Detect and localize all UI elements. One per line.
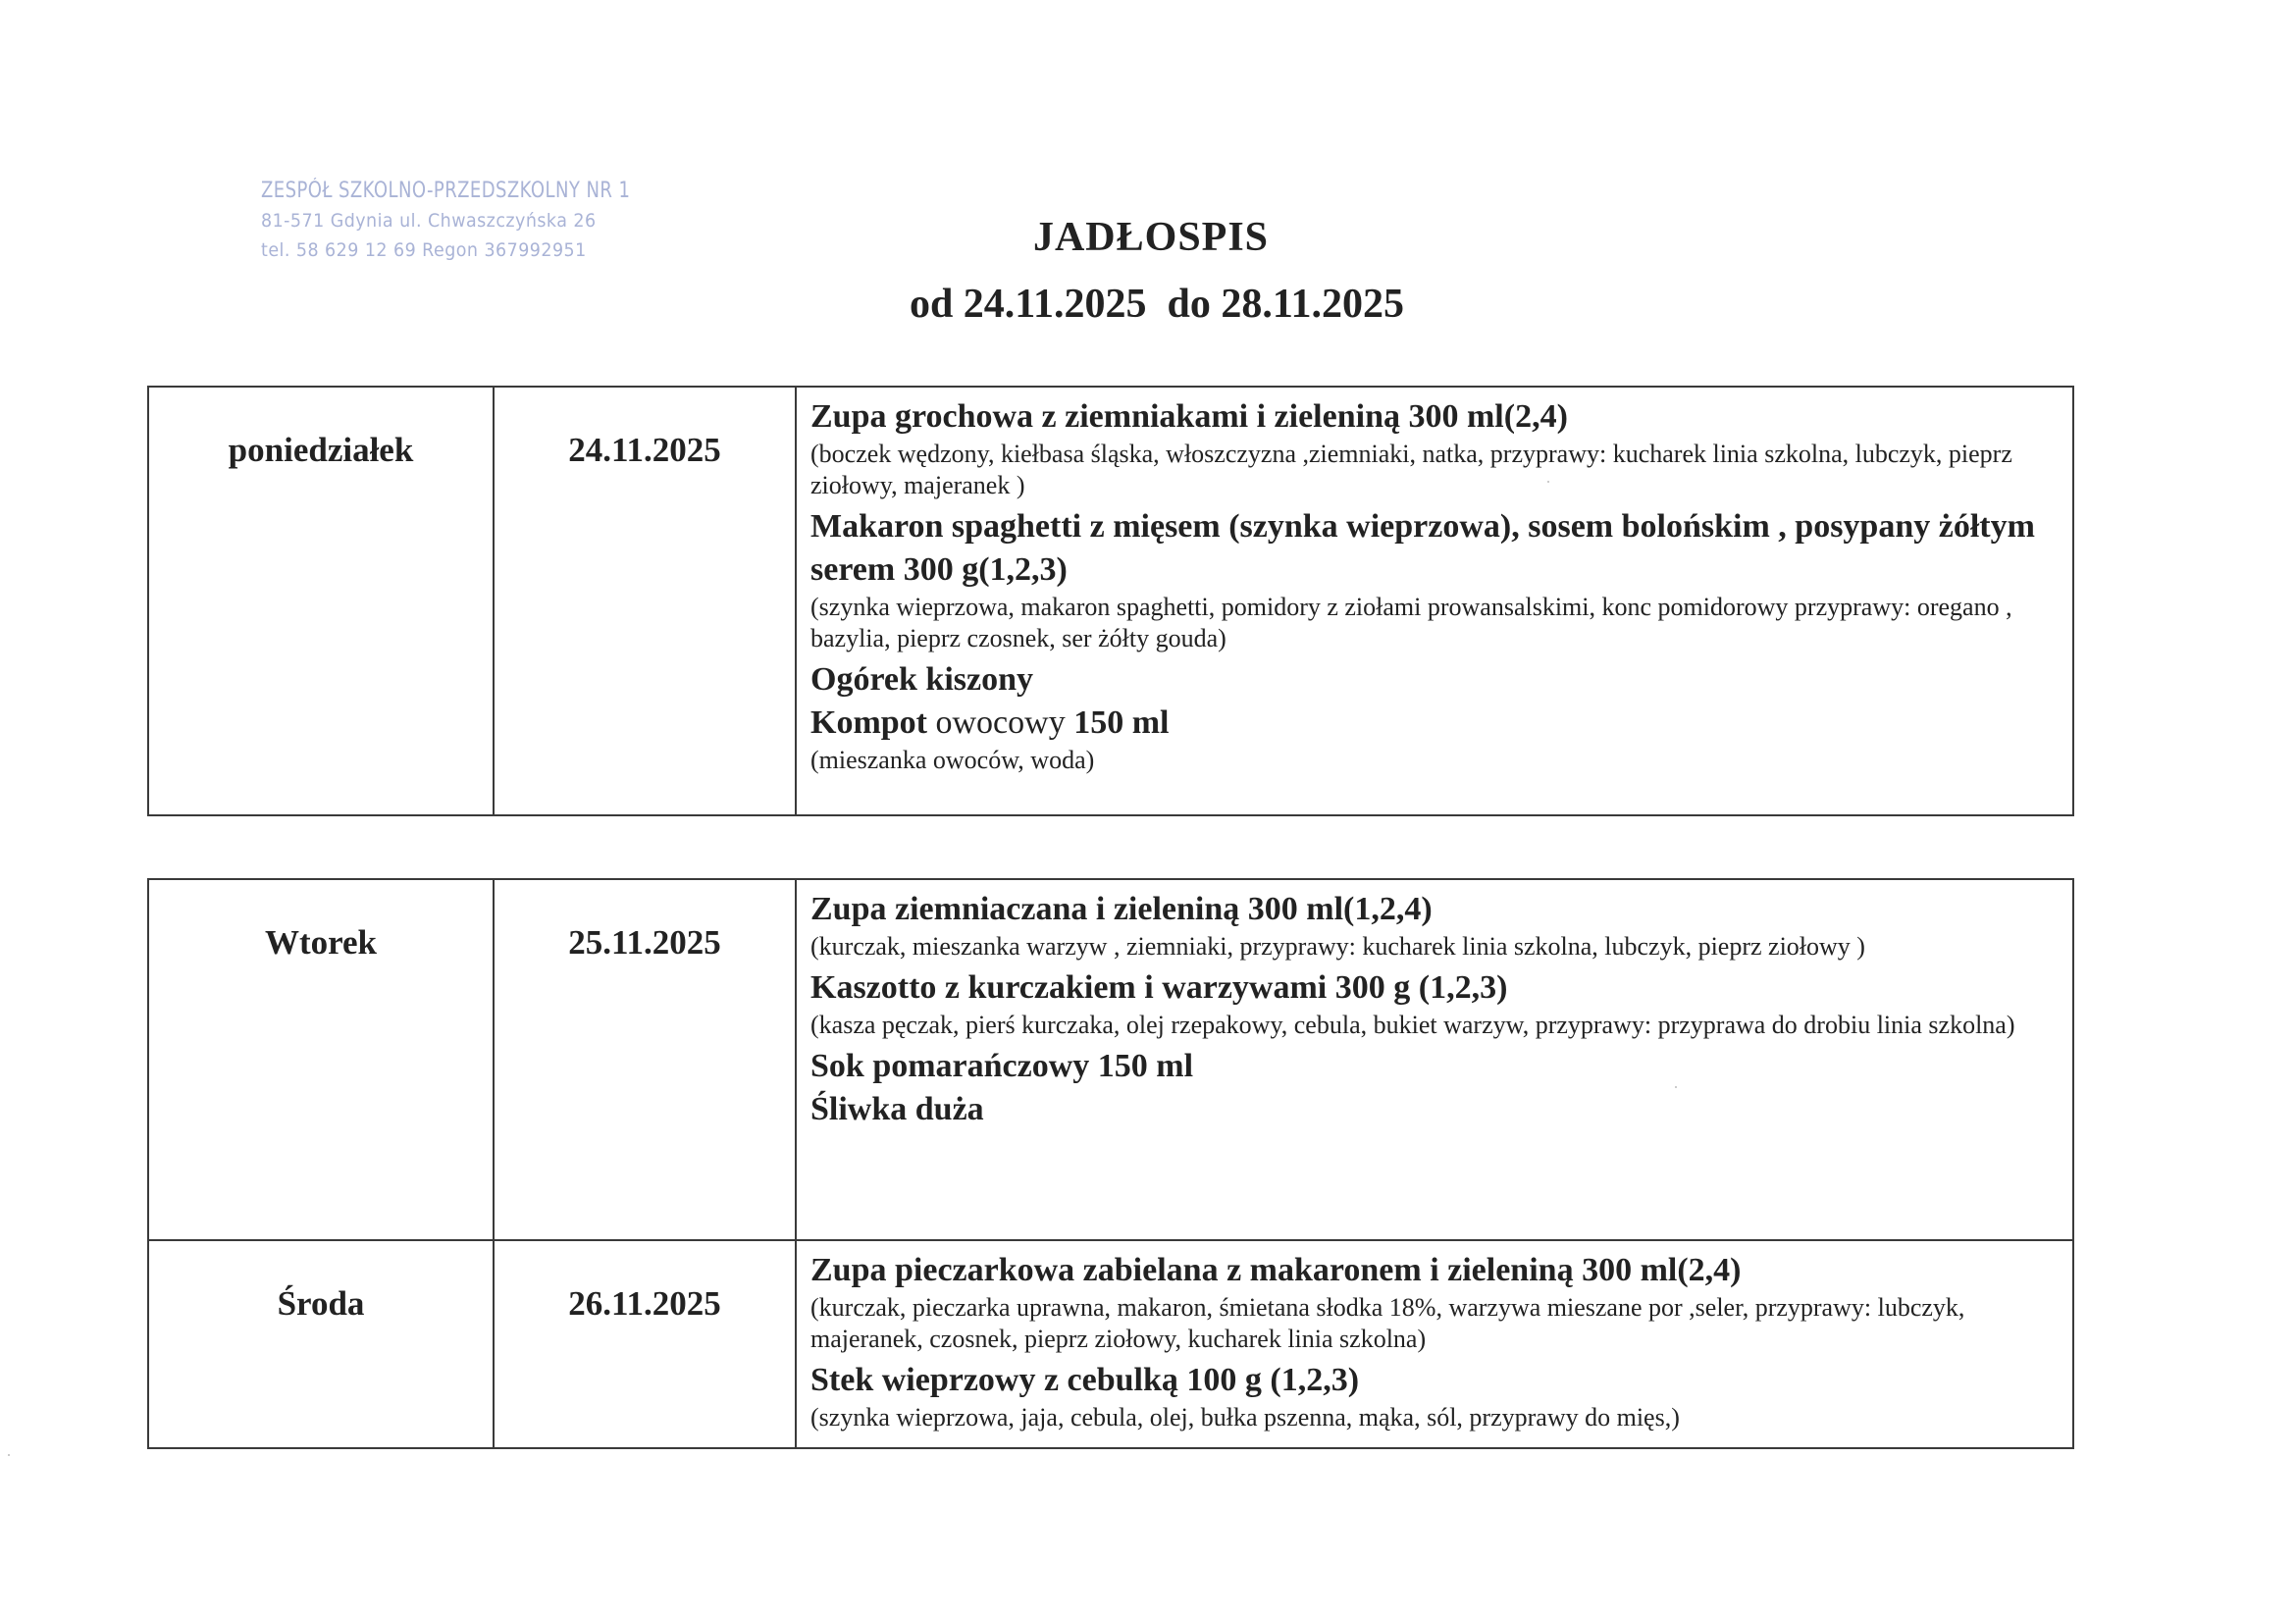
dish-name: Zupa grochowa z ziemniakami i zieleniną … — [810, 395, 2059, 439]
dish-name-normal: owocowy — [927, 704, 1073, 741]
table-row: Wtorek 25.11.2025 Zupa ziemniaczana i zi… — [148, 879, 2073, 1240]
date-range: od 24.11.2025 do 28.11.2025 — [0, 281, 2296, 328]
day-name: Środa — [149, 1241, 493, 1324]
dish-name-mixed: Kompot owocowy 150 ml — [810, 702, 2059, 745]
dish-name: Sok pomarańczowy 150 ml — [810, 1045, 2059, 1088]
day-name: poniedziałek — [149, 388, 493, 470]
date-cell: 25.11.2025 — [494, 879, 796, 1240]
dish-name: Zupa ziemniaczana i zieleniną 300 ml(1,2… — [810, 888, 2059, 931]
dish-ingredients: (mieszanka owoców, woda) — [810, 745, 2059, 776]
day-name: Wtorek — [149, 880, 493, 963]
day-cell: Środa — [148, 1240, 494, 1448]
dishes-cell: Zupa pieczarkowa zabielana z makaronem i… — [796, 1240, 2073, 1448]
dish-ingredients: (boczek wędzony, kiełbasa śląska, włoszc… — [810, 439, 2059, 501]
scan-speck — [1547, 481, 1549, 483]
dish-ingredients: (szynka wieprzowa, makaron spaghetti, po… — [810, 592, 2059, 654]
scan-speck — [1675, 1086, 1677, 1088]
day-cell: Wtorek — [148, 879, 494, 1240]
day-date: 24.11.2025 — [495, 388, 795, 470]
day-date: 26.11.2025 — [495, 1241, 795, 1324]
dish-name: Zupa pieczarkowa zabielana z makaronem i… — [810, 1249, 2059, 1292]
dishes-cell: Zupa grochowa z ziemniakami i zieleniną … — [796, 387, 2073, 815]
dish-name: Stek wieprzowy z cebulką 100 g (1,2,3) — [810, 1359, 2059, 1402]
dish-name: Ogórek kiszony — [810, 658, 2059, 702]
dish-name: Makaron spaghetti z mięsem (szynka wiepr… — [810, 505, 2059, 592]
dishes-cell: Zupa ziemniaczana i zieleniną 300 ml(1,2… — [796, 879, 2073, 1240]
dish-ingredients: (kasza pęczak, pierś kurczaka, olej rzep… — [810, 1010, 2059, 1041]
table-row: Środa 26.11.2025 Zupa pieczarkowa zabiel… — [148, 1240, 2073, 1448]
menu-table-monday: poniedziałek 24.11.2025 Zupa grochowa z … — [147, 386, 2074, 816]
dish-name: Śliwka duża — [810, 1088, 2059, 1131]
dish-name: Kaszotto z kurczakiem i warzywami 300 g … — [810, 966, 2059, 1010]
day-cell: poniedziałek — [148, 387, 494, 815]
page-title: JADŁOSPIS — [0, 214, 2296, 261]
dish-name-bold: Kompot — [810, 704, 927, 741]
table-row: poniedziałek 24.11.2025 Zupa grochowa z … — [148, 387, 2073, 815]
stamp-school-name: ZESPÓŁ SZKOLNO-PRZEDSZKOLNY NR 1 — [261, 177, 567, 206]
dish-ingredients: (szynka wieprzowa, jaja, cebula, olej, b… — [810, 1402, 2059, 1433]
scan-speck — [8, 1454, 10, 1456]
day-date: 25.11.2025 — [495, 880, 795, 963]
date-cell: 26.11.2025 — [494, 1240, 796, 1448]
dish-ingredients: (kurczak, mieszanka warzyw , ziemniaki, … — [810, 931, 2059, 963]
dish-ingredients: (kurczak, pieczarka uprawna, makaron, śm… — [810, 1292, 2059, 1355]
date-cell: 24.11.2025 — [494, 387, 796, 815]
dish-name-bold-end: 150 ml — [1073, 704, 1169, 741]
menu-table-tuesday-wednesday: Wtorek 25.11.2025 Zupa ziemniaczana i zi… — [147, 878, 2074, 1449]
